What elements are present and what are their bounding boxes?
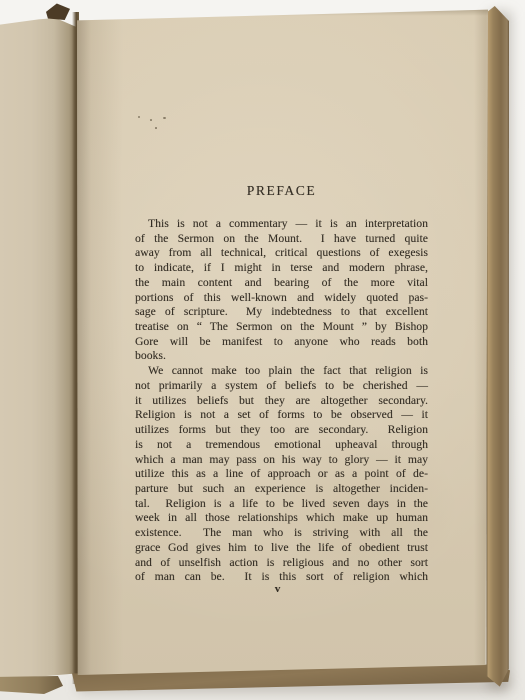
left-page-bottom-edge [0, 676, 63, 694]
text-line: treatise on “ The Sermon on the Mount ” … [135, 320, 428, 335]
text-line: portions of this well-known and widely q… [135, 291, 428, 306]
foxing-speck [163, 117, 166, 119]
text-line: it utilizes beliefs but they are altoget… [135, 394, 428, 409]
text-line: tal. Religion is a life to be lived seve… [135, 497, 428, 512]
text-line: not primarily a system of beliefs to be … [135, 379, 428, 394]
text-line: and of unselfish action is religious and… [135, 556, 428, 571]
text-line: of the Sermon on the Mount. I have turne… [135, 232, 428, 247]
text-line: week in all those relationships which ma… [135, 511, 428, 526]
left-page [0, 18, 77, 678]
text-line: is not a tremendous emotional upheaval t… [135, 438, 428, 453]
spine-headband [46, 2, 70, 20]
page-title: PREFACE [135, 183, 428, 199]
text-line: This is not a commentary — it is an inte… [135, 217, 428, 232]
text-line: utilize this as a line of approach or as… [135, 467, 428, 482]
text-line: parture but such an experience is altoge… [135, 482, 428, 497]
book-photo: PREFACE This is not a commentary — it is… [0, 0, 525, 700]
text-line: Religion is not a set of forms to be obs… [135, 408, 428, 423]
page-number: v [135, 583, 420, 595]
text-line: away from all technical, critical questi… [135, 246, 428, 261]
foxing-speck [138, 116, 140, 118]
book-fore-edge [486, 6, 509, 688]
text-line: which a man may pass on his way to glory… [135, 453, 428, 468]
text-line: We cannot make too plain the fact that r… [135, 364, 428, 379]
foxing-speck [150, 119, 152, 121]
preface-text: This is not a commentary — it is an inte… [135, 217, 428, 585]
text-line: the main content and bearing of the more… [135, 276, 428, 291]
text-line: Gore will be manifest to anyone who read… [135, 335, 428, 350]
text-line: utilizes forms but they too are secondar… [135, 423, 428, 438]
text-line: sage of scripture. My indebtedness to th… [135, 305, 428, 320]
foxing-speck [155, 127, 157, 129]
text-line: books. [135, 349, 428, 364]
text-line: to indicate, if I might in terse and mod… [135, 261, 428, 276]
text-line: existence. The man who is striving with … [135, 526, 428, 541]
text-line: grace God gives him to live the life of … [135, 541, 428, 556]
